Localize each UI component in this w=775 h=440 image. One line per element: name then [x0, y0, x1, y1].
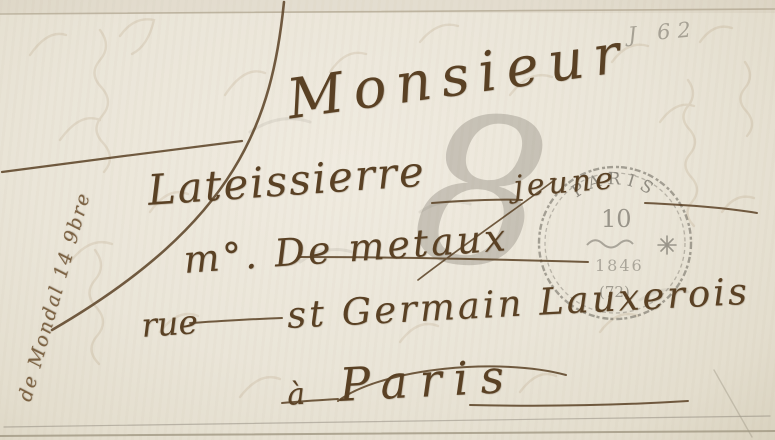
address-city: Paris	[338, 349, 517, 412]
address-street-prefix: rue	[140, 302, 199, 345]
suffix-tail-stroke	[645, 203, 757, 213]
name-trailing-dash	[432, 200, 522, 203]
address-city-prefix: à	[286, 377, 306, 413]
street-dash	[190, 318, 282, 323]
letter-cover-scan: PARIS 10 1846 (72) 8 Monsieur Lat	[0, 0, 775, 440]
